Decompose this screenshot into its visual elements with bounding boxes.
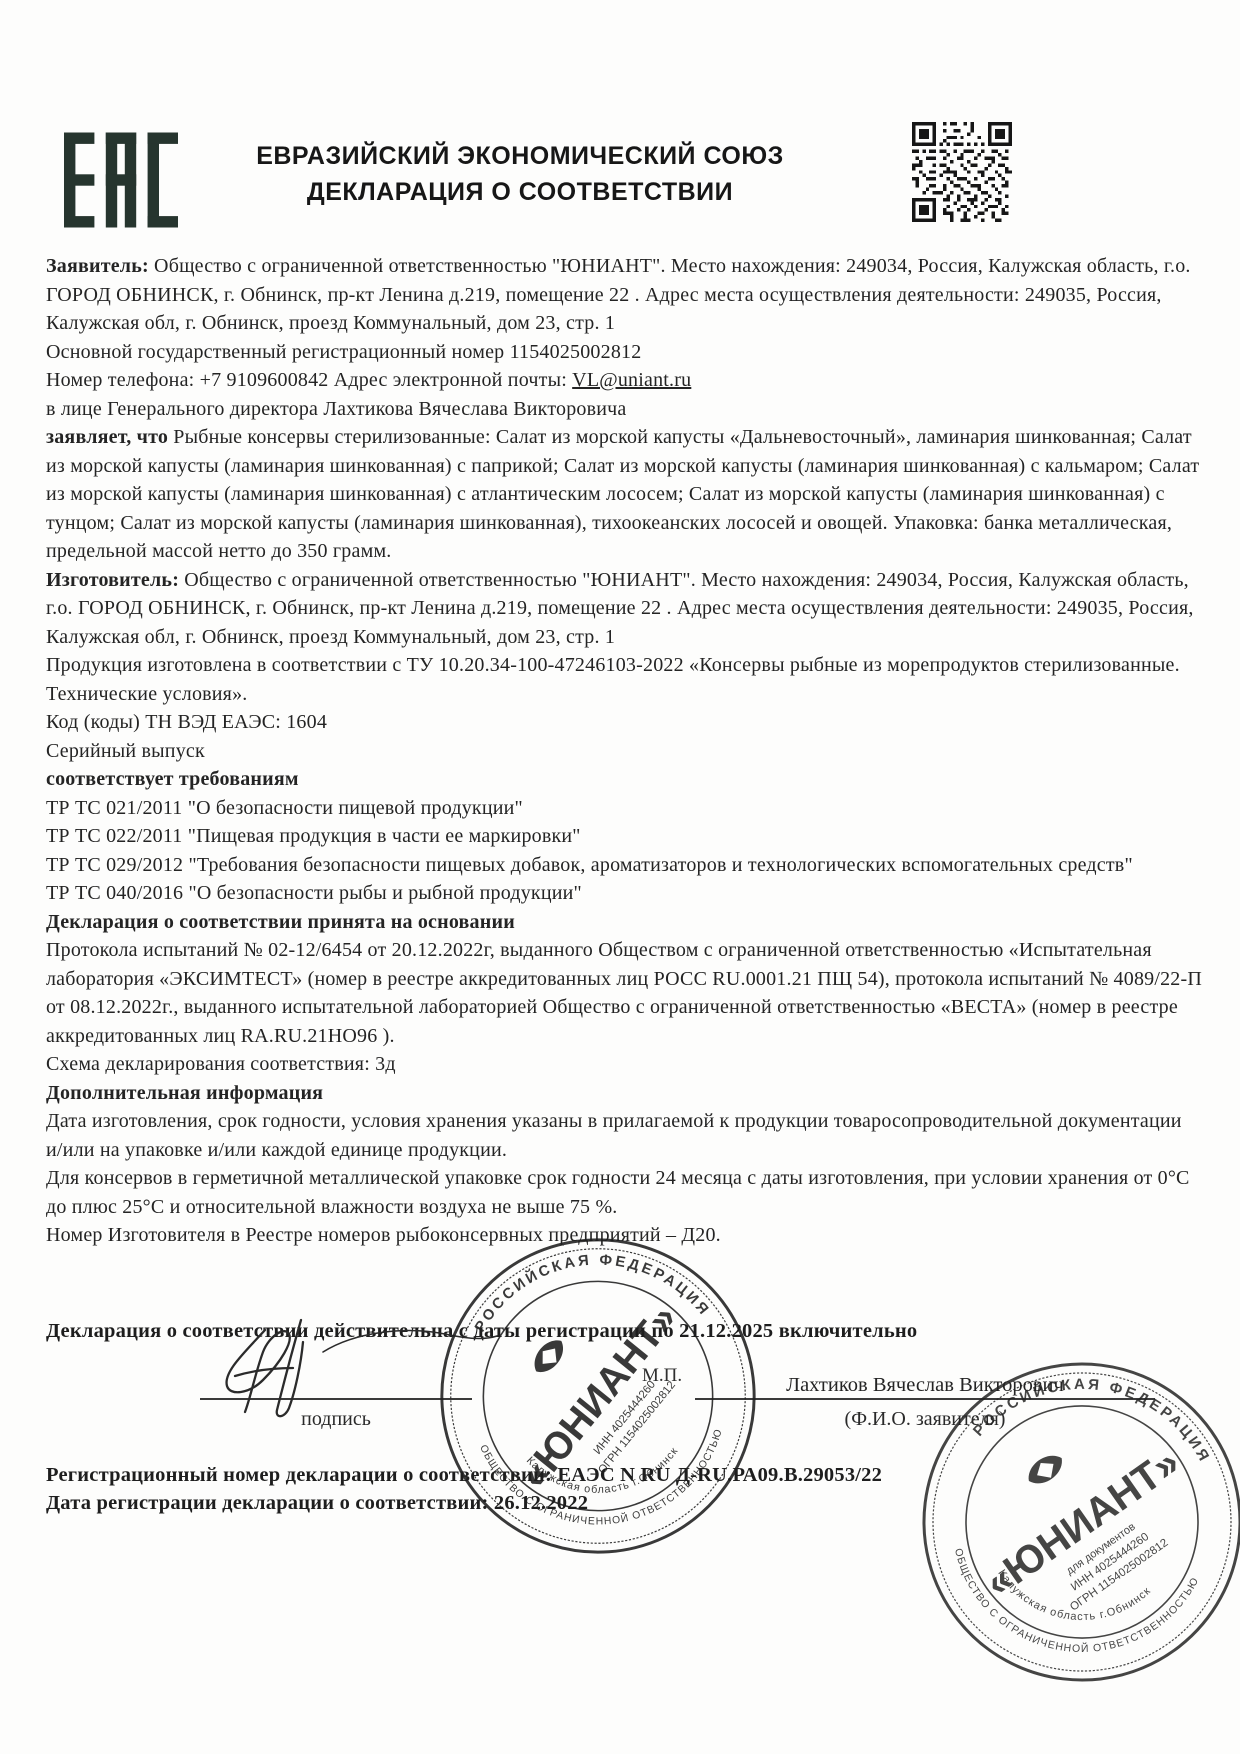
additional-paragraph-2: Для консервов в герметичной металлическо… <box>46 1164 1202 1221</box>
registration-number-line: Регистрационный номер декларации о соотв… <box>46 1464 882 1487</box>
stamp-inn: ИНН 4025444260 <box>592 1379 659 1457</box>
basis-paragraph: Протокола испытаний № 02-12/6454 от 20.1… <box>46 936 1202 1050</box>
tu-line: Продукция изготовлена в соответствии с Т… <box>46 651 1202 708</box>
additional-paragraph-3: Номер Изготовителя в Реестре номеров рыб… <box>46 1221 1202 1250</box>
stamp2-ogrn: ОГРН 1154025002812 <box>1068 1537 1170 1614</box>
registration-date-line: Дата регистрации декларации о соответств… <box>46 1492 588 1515</box>
document-title: ЕВРАЗИЙСКИЙ ЭКОНОМИЧЕСКИЙ СОЮЗ ДЕКЛАРАЦИ… <box>190 138 850 210</box>
title-line-2: ДЕКЛАРАЦИЯ О СООТВЕТСТВИИ <box>190 174 850 210</box>
stamp2-ring-region: Калужская область г.Обнинск <box>991 1566 1155 1632</box>
ogrn-line: Основной государственный регистрационный… <box>46 338 1202 367</box>
stamp2-ring-company: ОБЩЕСТВО С ОГРАНИЧЕННОЙ ОТВЕТСТВЕННОСТЬЮ <box>941 1546 1202 1670</box>
svg-text:Калужская область г.Обнинск: Калужская область г.Обнинск <box>991 1566 1155 1632</box>
additional-paragraph-1: Дата изготовления, срок годности, услови… <box>46 1107 1202 1164</box>
complies-heading: соответствует требованиям <box>46 765 1202 794</box>
applicant-name: Лахтиков Вячеслав Викторович <box>695 1374 1155 1397</box>
title-line-1: ЕВРАЗИЙСКИЙ ЭКОНОМИЧЕСКИЙ СОЮЗ <box>190 138 850 174</box>
stamp2-inn: ИНН 4025444260 <box>1069 1531 1151 1594</box>
applicant-paragraph: Заявитель: Общество с ограниченной ответ… <box>46 252 1202 338</box>
email-text: VL@uniant.ru <box>572 369 691 391</box>
manufacturer-paragraph: Изготовитель: Общество с ограниченной от… <box>46 566 1202 652</box>
svg-text:ОБЩЕСТВО С ОГРАНИЧЕННОЙ ОТВЕТС: ОБЩЕСТВО С ОГРАНИЧЕННОЙ ОТВЕТСТВЕННОСТЬЮ <box>941 1546 1202 1670</box>
declaration-document: ЕВРАЗИЙСКИЙ ЭКОНОМИЧЕСКИЙ СОЮЗ ДЕКЛАРАЦИ… <box>0 0 1240 1754</box>
additional-heading: Дополнительная информация <box>46 1079 1202 1108</box>
document-body: Заявитель: Общество с ограниченной ответ… <box>46 252 1202 1250</box>
declares-paragraph: заявляет, что Рыбные консервы стерилизов… <box>46 423 1202 566</box>
applicant-name-caption: (Ф.И.О. заявителя) <box>695 1408 1155 1431</box>
applicant-name-line <box>695 1398 1155 1400</box>
regulation-2: ТР ТС 022/2011 "Пищевая продукция в част… <box>46 822 1202 851</box>
director-line: в лице Генерального директора Лахтикова … <box>46 395 1202 424</box>
scheme-line: Схема декларирования соответствия: 3д <box>46 1050 1202 1079</box>
qr-code-icon <box>912 122 1012 222</box>
tnved-code-line: Код (коды) ТН ВЭД ЕАЭС: 1604 <box>46 708 1202 737</box>
stamp-place-note: М.П. <box>642 1365 682 1387</box>
eac-logo <box>64 124 178 236</box>
stamp2-logo-icon <box>1022 1449 1068 1490</box>
stamp-ogrn: ОГРН 1154025002812 <box>596 1379 678 1476</box>
stamp2-purpose: для документов <box>1064 1521 1138 1578</box>
applicant-label: Заявитель: <box>46 255 149 277</box>
serial-line: Серийный выпуск <box>46 737 1202 766</box>
handwritten-signature <box>205 1312 525 1422</box>
regulation-4: ТР ТС 040/2016 "О безопасности рыбы и ры… <box>46 879 1202 908</box>
stamp2-company-name: «ЮНИАНТ» <box>978 1440 1188 1605</box>
manufacturer-label: Изготовитель: <box>46 569 179 591</box>
regulation-3: ТР ТС 029/2012 "Требования безопасности … <box>46 851 1202 880</box>
basis-heading: Декларация о соответствии принята на осн… <box>46 908 1202 937</box>
phone-email-line: Номер телефона: +7 9109600842 Адрес элек… <box>46 366 1202 395</box>
regulation-1: ТР ТС 021/2011 "О безопасности пищевой п… <box>46 794 1202 823</box>
declares-label: заявляет, что <box>46 426 168 448</box>
